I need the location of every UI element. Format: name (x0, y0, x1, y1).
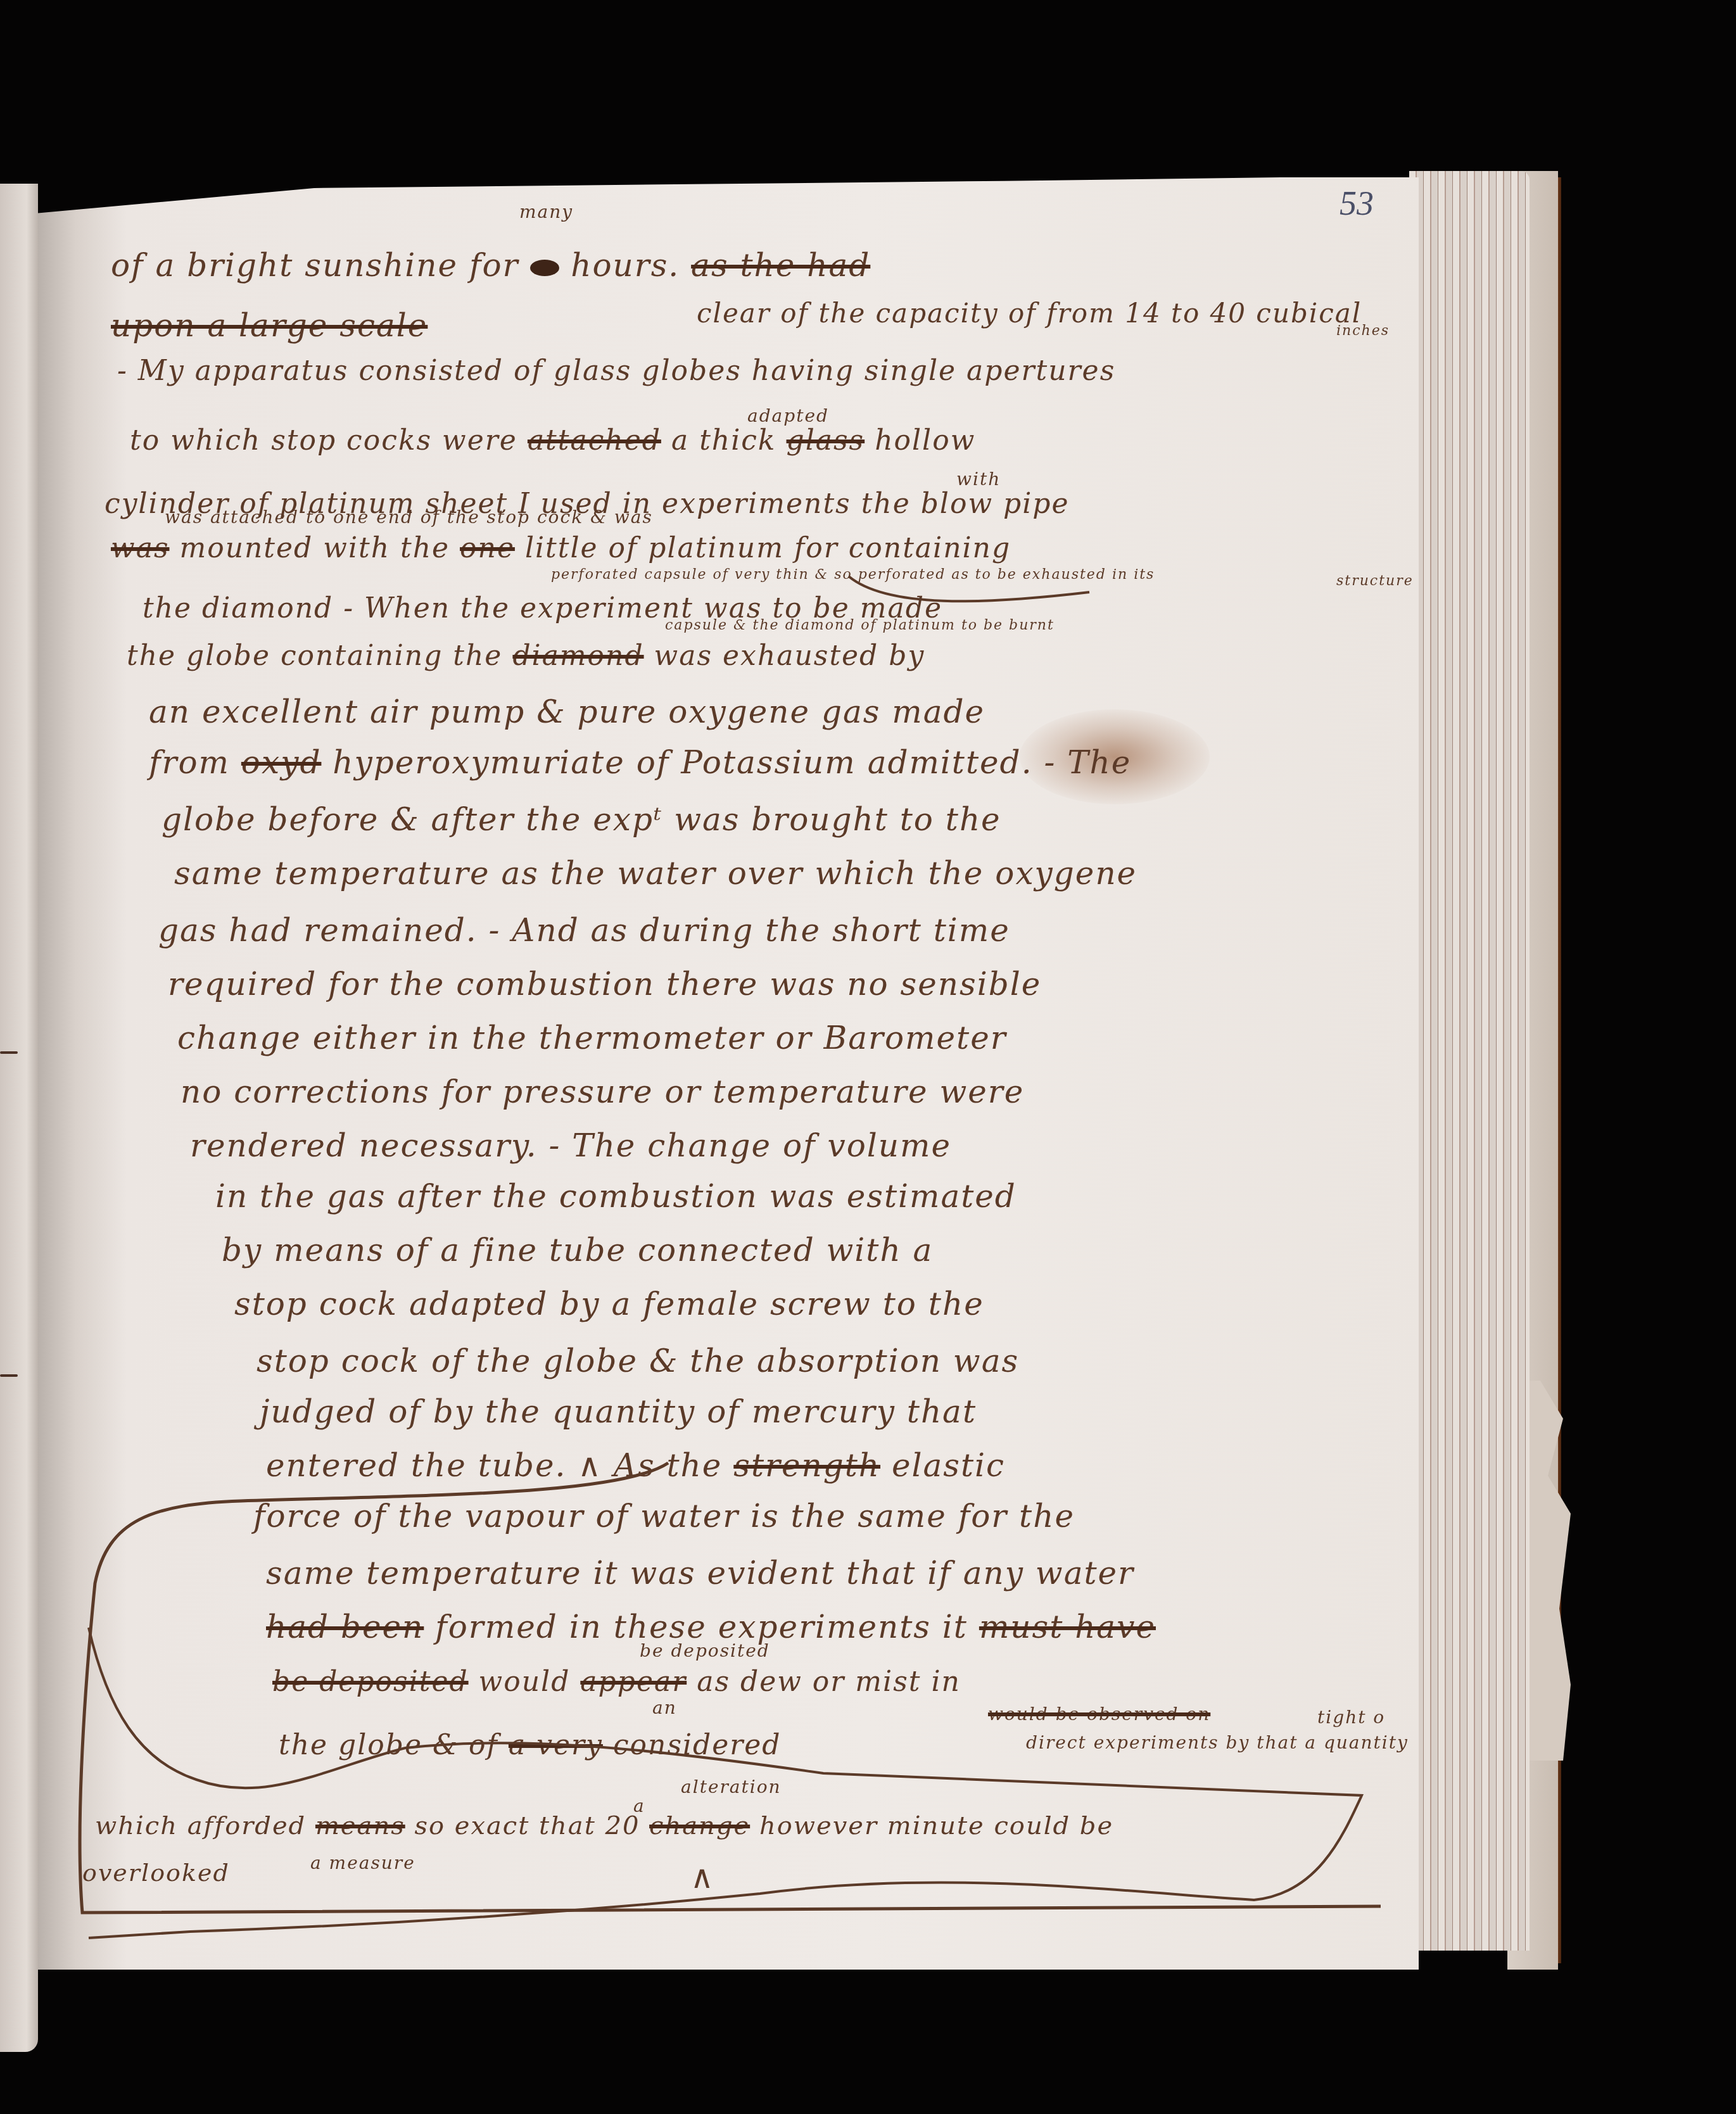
notebook-photo: 53 many of a bright sunshine for hours. … (0, 0, 1736, 2114)
insertion-loop-lines (0, 0, 1736, 2114)
